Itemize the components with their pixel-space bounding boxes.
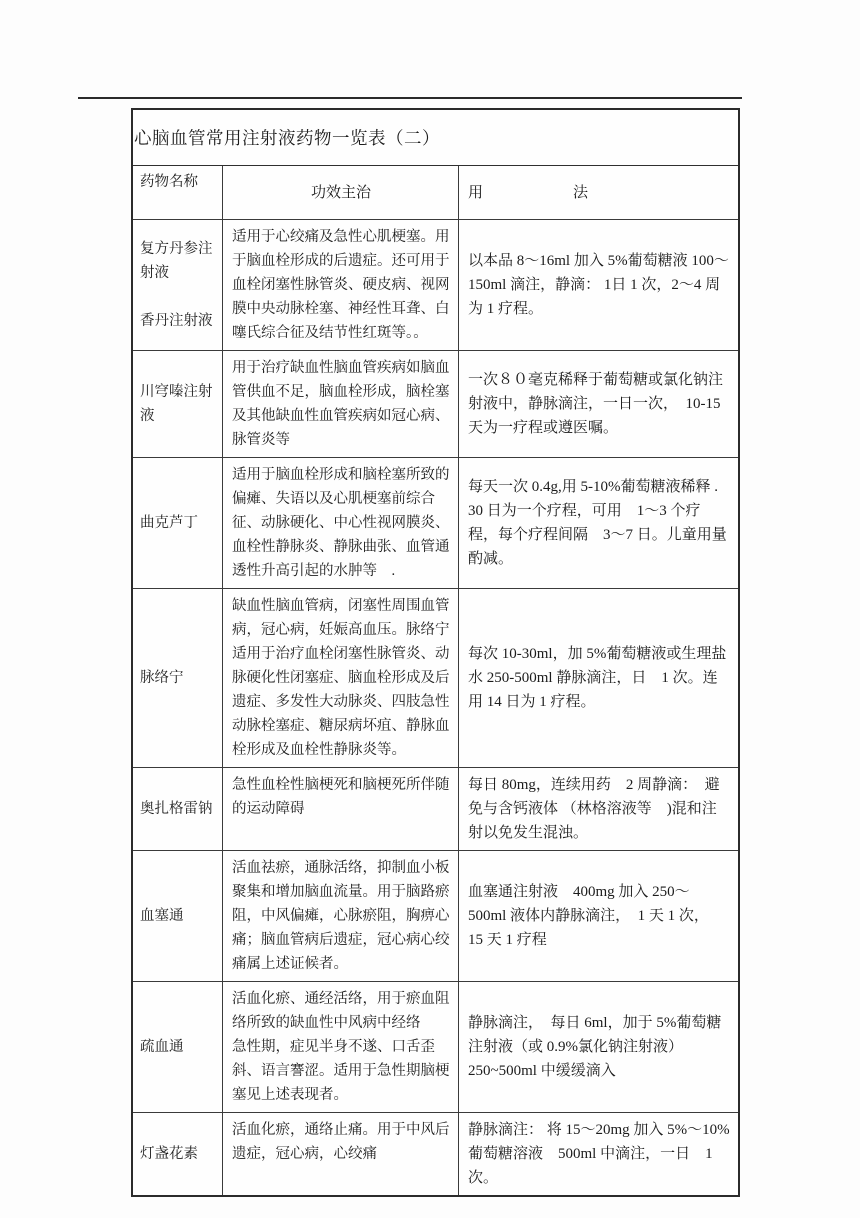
- table-row: 川穹嗪注射液 用于治疗缺血性脑血管疾病如脑血管供血不足，脑血栓形成，脑栓塞及其他…: [133, 351, 738, 458]
- table-row: 脉络宁 缺血性脑血管病，闭塞性周围血管病，冠心病，妊娠高血压。脉络宁适用于治疗血…: [133, 589, 738, 768]
- drug-name-cell: 曲克芦丁: [133, 458, 223, 588]
- header-indication: 功效主治: [223, 166, 459, 219]
- table-header-row: 药物名称 功效主治 用 法: [133, 166, 738, 220]
- drug-name-cell: 脉络宁: [133, 589, 223, 767]
- usage-text: 静脉滴注： 将 15～20mg 加入 5%～10%葡萄糖溶液 500ml 中滴注…: [468, 1118, 730, 1190]
- indication-cell: 活血化瘀，通络止痛。用于中风后遗症，冠心病，心绞痛: [223, 1113, 459, 1195]
- drug-name-cell: 灯盏花素: [133, 1113, 223, 1195]
- drug-name: 奥扎格雷钠: [140, 797, 213, 821]
- table-row: 复方丹参注射液 香丹注射液 适用于心绞痛及急性心肌梗塞。用于脑血栓形成的后遗症。…: [133, 220, 738, 351]
- drug-name-cell: 复方丹参注射液 香丹注射液: [133, 220, 223, 350]
- drug-name: 复方丹参注射液 香丹注射液: [140, 237, 217, 333]
- header-drug-name: 药物名称: [133, 166, 223, 219]
- indication-cell: 用于治疗缺血性脑血管疾病如脑血管供血不足，脑血栓形成，脑栓塞及其他缺血性血管疾病…: [223, 351, 459, 457]
- drug-name: 曲克芦丁: [140, 511, 198, 535]
- drug-name: 灯盏花素: [140, 1142, 198, 1166]
- table-row: 疏血通 活血化瘀、通经活络，用于瘀血阻络所致的缺血性中风病中经络 急性期，症见半…: [133, 982, 738, 1113]
- table-row: 奥扎格雷钠 急性血栓性脑梗死和脑梗死所伴随的运动障碍 每日 80mg，连续用药 …: [133, 768, 738, 851]
- usage-cell: 静脉滴注， 每日 6ml，加于 5%葡萄糖注射液（或 0.9%氯化钠注射液） 2…: [459, 982, 738, 1112]
- drug-name-cell: 疏血通: [133, 982, 223, 1112]
- usage-text: 每次 10-30ml，加 5%葡萄糖液或生理盐水 250-500ml 静脉滴注，…: [468, 642, 730, 714]
- drug-name-cell: 血塞通: [133, 851, 223, 981]
- indication-cell: 适用于心绞痛及急性心肌梗塞。用于脑血栓形成的后遗症。还可用于血栓闭塞性脉管炎、硬…: [223, 220, 459, 350]
- page-top-rule: [78, 97, 742, 99]
- table-row: 血塞通 活血祛瘀，通脉活络，抑制血小板聚集和增加脑血流量。用于脑路瘀阻，中风偏瘫…: [133, 851, 738, 982]
- usage-cell: 每日 80mg，连续用药 2 周静滴： 避免与含钙液体 （林格溶液等 )混和注射…: [459, 768, 738, 850]
- usage-text: 一次８０毫克稀释于葡萄糖或氯化钠注射液中，静脉滴注，一日一次， 10-15 天为…: [468, 368, 730, 440]
- indication-cell: 缺血性脑血管病，闭塞性周围血管病，冠心病，妊娠高血压。脉络宁适用于治疗血栓闭塞性…: [223, 589, 459, 767]
- indication-cell: 适用于脑血栓形成和脑栓塞所致的偏瘫、失语以及心肌梗塞前综合征、动脉硬化、中心性视…: [223, 458, 459, 588]
- usage-cell: 每天一次 0.4g,用 5-10%葡萄糖液稀释 . 30 日为一个疗程，可用 1…: [459, 458, 738, 588]
- usage-text: 静脉滴注， 每日 6ml，加于 5%葡萄糖注射液（或 0.9%氯化钠注射液） 2…: [468, 1011, 730, 1083]
- header-usage: 用 法: [459, 166, 738, 219]
- indication-cell: 活血祛瘀，通脉活络，抑制血小板聚集和增加脑血流量。用于脑路瘀阻，中风偏瘫，心脉瘀…: [223, 851, 459, 981]
- drug-name: 疏血通: [140, 1035, 184, 1059]
- table-title: 心脑血管常用注射液药物一览表（二）: [133, 110, 738, 166]
- usage-text: 以本品 8～16ml 加入 5%葡萄糖液 100～150ml 滴注，静滴： 1日…: [468, 249, 730, 321]
- usage-text: 血塞通注射液 400mg 加入 250～ 500ml 液体内静脉滴注， 1 天 …: [468, 880, 730, 952]
- drug-name-cell: 川穹嗪注射液: [133, 351, 223, 457]
- usage-cell: 每次 10-30ml，加 5%葡萄糖液或生理盐水 250-500ml 静脉滴注，…: [459, 589, 738, 767]
- table-row: 灯盏花素 活血化瘀，通络止痛。用于中风后遗症，冠心病，心绞痛 静脉滴注： 将 1…: [133, 1113, 738, 1195]
- table-row: 曲克芦丁 适用于脑血栓形成和脑栓塞所致的偏瘫、失语以及心肌梗塞前综合征、动脉硬化…: [133, 458, 738, 589]
- usage-text: 每天一次 0.4g,用 5-10%葡萄糖液稀释 . 30 日为一个疗程，可用 1…: [468, 475, 730, 571]
- usage-text: 每日 80mg，连续用药 2 周静滴： 避免与含钙液体 （林格溶液等 )混和注射…: [468, 773, 730, 845]
- usage-cell: 一次８０毫克稀释于葡萄糖或氯化钠注射液中，静脉滴注，一日一次， 10-15 天为…: [459, 351, 738, 457]
- table-title-text: 心脑血管常用注射液药物一览表（二）: [134, 125, 440, 150]
- drug-name-cell: 奥扎格雷钠: [133, 768, 223, 850]
- usage-cell: 血塞通注射液 400mg 加入 250～ 500ml 液体内静脉滴注， 1 天 …: [459, 851, 738, 981]
- drug-name: 血塞通: [140, 904, 184, 928]
- indication-cell: 活血化瘀、通经活络，用于瘀血阻络所致的缺血性中风病中经络 急性期，症见半身不遂、…: [223, 982, 459, 1112]
- drug-name: 川穹嗪注射液: [140, 380, 217, 428]
- indication-cell: 急性血栓性脑梗死和脑梗死所伴随的运动障碍: [223, 768, 459, 850]
- usage-cell: 静脉滴注： 将 15～20mg 加入 5%～10%葡萄糖溶液 500ml 中滴注…: [459, 1113, 738, 1195]
- drug-table: 心脑血管常用注射液药物一览表（二） 药物名称 功效主治 用 法 复方丹参注射液 …: [131, 108, 740, 1197]
- drug-name: 脉络宁: [140, 666, 184, 690]
- usage-cell: 以本品 8～16ml 加入 5%葡萄糖液 100～150ml 滴注，静滴： 1日…: [459, 220, 738, 350]
